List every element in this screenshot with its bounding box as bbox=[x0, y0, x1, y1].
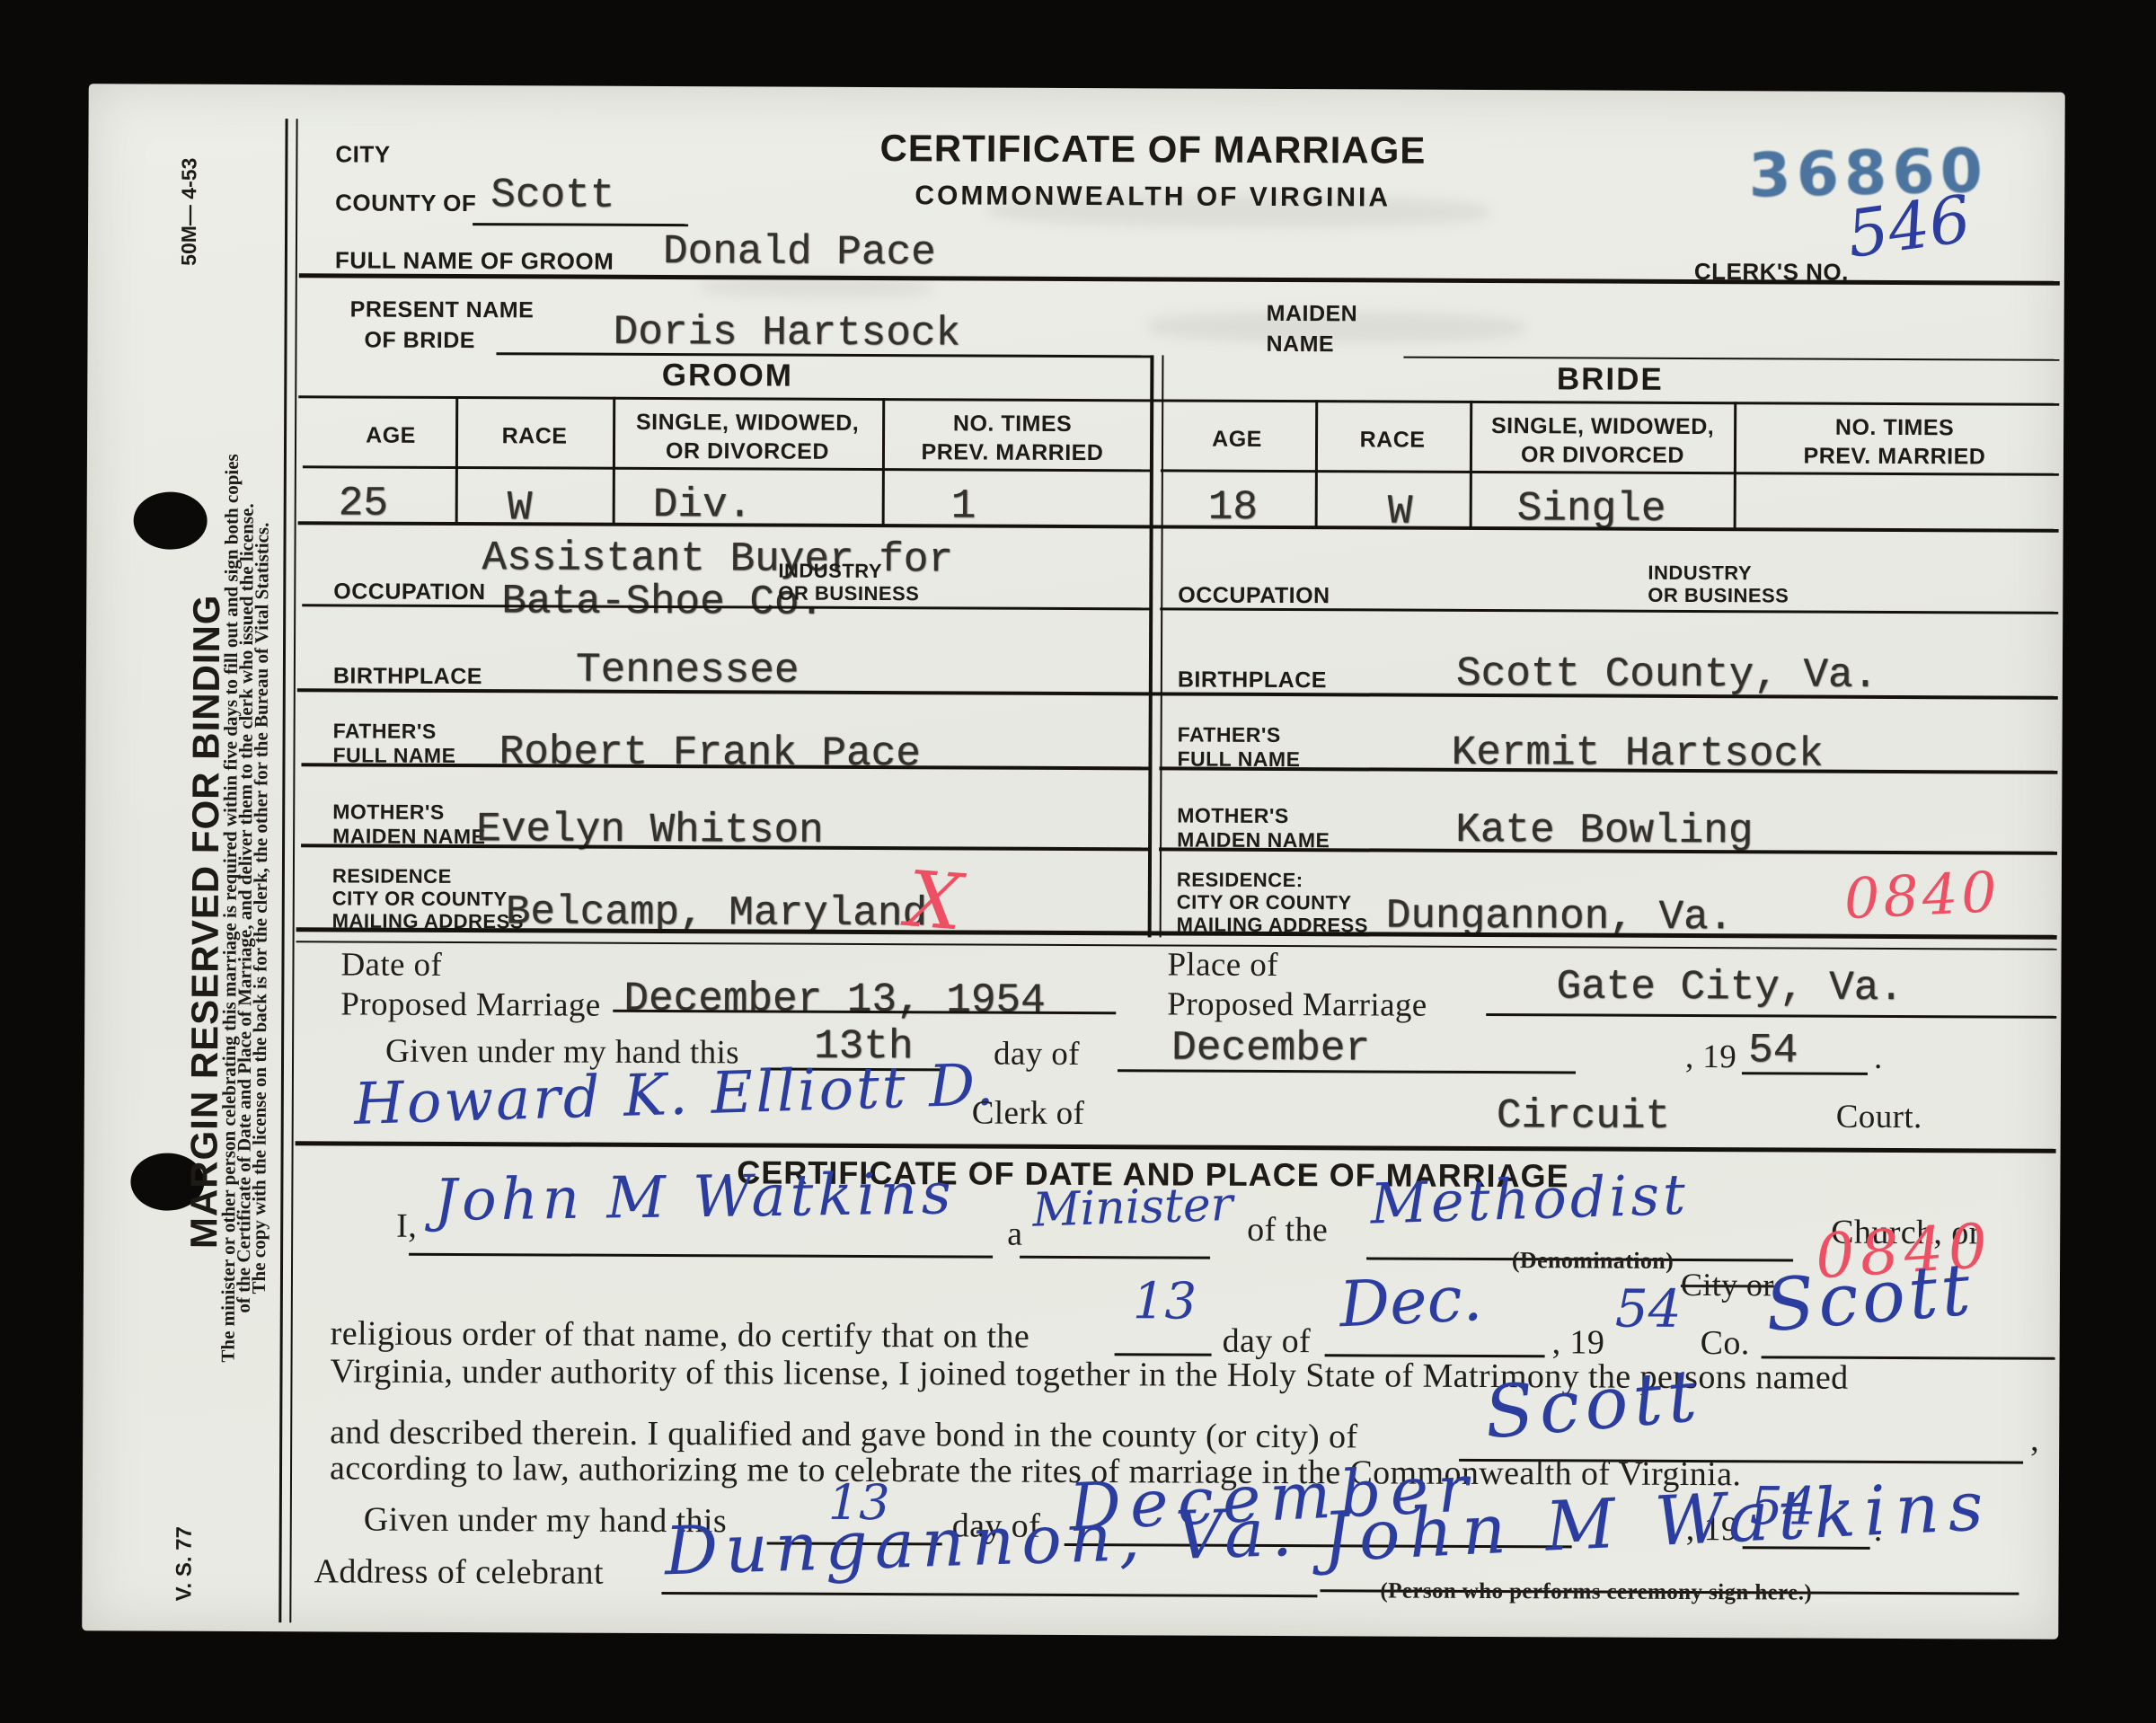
bride-industry-label-1: INDUSTRY bbox=[1648, 561, 1752, 586]
bride-age-value: 18 bbox=[1208, 484, 1258, 531]
county-value: Scott bbox=[490, 172, 614, 219]
cell-divider bbox=[882, 398, 886, 526]
groom-occupation-line1: Assistant Buyer for bbox=[482, 535, 953, 583]
groom-status-label-2: OR DIVORCED bbox=[613, 438, 882, 465]
proposed-place-value: Gate City, Va. bbox=[1556, 963, 1904, 1012]
groom-residence-label-1: RESIDENCE bbox=[332, 864, 452, 888]
cell-divider bbox=[613, 397, 616, 525]
rule-under-age-row bbox=[298, 521, 2059, 533]
place-label-1: Place of bbox=[1167, 945, 1278, 985]
vs-form-number: V. S. 77 bbox=[172, 1488, 196, 1640]
maiden-name-label-2: NAME bbox=[1266, 331, 1334, 358]
bride-occupation-label: OCCUPATION bbox=[1178, 583, 1330, 610]
groom-birthplace-value: Tennessee bbox=[576, 647, 800, 694]
groom-occupation-label: OCCUPATION bbox=[333, 579, 485, 605]
bride-residence-code: 0840 bbox=[1842, 859, 2001, 932]
bride-birthplace-value: Scott County, Va. bbox=[1456, 650, 1878, 699]
license-day-of-label: day of bbox=[994, 1035, 1080, 1074]
groom-father-value: Robert Frank Pace bbox=[499, 729, 921, 777]
license-year-underline bbox=[1742, 1072, 1868, 1075]
cert-line2-day: 13 bbox=[1133, 1272, 1197, 1330]
cell-divider bbox=[1734, 402, 1737, 529]
bride-mother-label-1: MOTHER'S bbox=[1177, 804, 1289, 829]
form-left-border bbox=[278, 119, 297, 1622]
present-name-label-2: OF BRIDE bbox=[364, 328, 475, 355]
proposed-date-value: December 13, 1954 bbox=[623, 976, 1046, 1024]
cell-divider bbox=[1470, 401, 1473, 528]
form-number: 50M— 4-53 bbox=[177, 131, 199, 293]
bride-race-label: RACE bbox=[1321, 427, 1464, 454]
groom-mother-label-1: MOTHER'S bbox=[332, 800, 445, 825]
celebrant-address-underline bbox=[661, 1592, 1317, 1597]
groom-industry-label-1: INDUSTRY bbox=[778, 560, 882, 584]
cert-city-or-label: City or bbox=[1681, 1266, 1774, 1303]
cert-line2-prefix: religious order of that name, do certify… bbox=[331, 1313, 1030, 1356]
groom-age-label: AGE bbox=[319, 422, 463, 449]
maiden-name-underline bbox=[1403, 357, 2059, 361]
groom-status-label-1: SINGLE, WIDOWED, bbox=[613, 410, 882, 437]
groom-name-value: Donald Pace bbox=[663, 228, 936, 276]
court-type-value: Circuit bbox=[1497, 1092, 1670, 1140]
bride-mother-value: Kate Bowling bbox=[1455, 807, 1753, 854]
bride-subheader-rule bbox=[1161, 469, 2059, 475]
cert-a-label: a bbox=[1007, 1215, 1022, 1254]
license-given-month: December bbox=[1171, 1024, 1370, 1072]
minister-title-underline bbox=[1020, 1256, 1210, 1259]
rule-above-certificate-section bbox=[296, 1141, 2056, 1153]
minister-name-underline bbox=[409, 1253, 993, 1259]
license-month-underline bbox=[1118, 1069, 1576, 1074]
proposed-place-underline bbox=[1486, 1013, 2056, 1019]
cert-line2-month: Dec. bbox=[1338, 1261, 1484, 1342]
present-name-label-1: PRESENT NAME bbox=[350, 296, 535, 323]
groom-times-label-2: PREV. MARRIED bbox=[878, 439, 1147, 466]
groom-name-label: FULL NAME OF GROOM bbox=[335, 246, 614, 275]
address-of-celebrant-label: Address of celebrant bbox=[314, 1551, 604, 1592]
bride-industry-label-2: OR BUSINESS bbox=[1648, 584, 1789, 608]
bride-occupation-underline bbox=[1160, 607, 2058, 614]
celebrant-address-value: Dungannon, Va. bbox=[664, 1494, 1301, 1591]
groom-birthplace-label: BIRTHPLACE bbox=[333, 663, 482, 690]
place-label-2: Proposed Marriage bbox=[1167, 985, 1427, 1024]
groom-occupation-line2: Bata-Shoe Co. bbox=[501, 578, 824, 626]
groom-industry-label-2: OR BUSINESS bbox=[778, 582, 919, 606]
groom-race-label: RACE bbox=[463, 423, 606, 450]
cert-line2-county: Scott bbox=[1762, 1247, 1976, 1347]
license-period: . bbox=[1874, 1038, 1883, 1077]
license-year-prefix: , 19 bbox=[1685, 1038, 1736, 1076]
bride-times-label-1: NO. TIMES bbox=[1760, 414, 2029, 441]
groom-times-label-1: NO. TIMES bbox=[878, 411, 1147, 437]
groom-father-label-1: FATHER'S bbox=[333, 719, 437, 744]
bride-times-label-2: PREV. MARRIED bbox=[1760, 443, 2029, 470]
clerks-no-value: 546 bbox=[1842, 181, 1975, 272]
bride-birthplace-label: BIRTHPLACE bbox=[1178, 667, 1327, 694]
bride-status-label-1: SINGLE, WIDOWED, bbox=[1468, 413, 1737, 440]
groom-age-value: 25 bbox=[339, 480, 388, 526]
bride-name-value: Doris Hartsock bbox=[613, 309, 960, 358]
date-label-2: Proposed Marriage bbox=[340, 985, 601, 1024]
groom-column-header: GROOM bbox=[303, 356, 1152, 395]
celebrant-sign-here-note: (Person who performs ceremony sign here.… bbox=[1380, 1578, 1812, 1605]
maiden-name-label-1: MAIDEN bbox=[1267, 301, 1358, 327]
bride-age-label: AGE bbox=[1165, 426, 1309, 453]
date-label-1: Date of bbox=[340, 945, 442, 984]
bride-column-header: BRIDE bbox=[1161, 359, 2059, 399]
cert-line4-county: Scott bbox=[1481, 1354, 1705, 1455]
bride-residence-label-1: RESIDENCE: bbox=[1177, 869, 1303, 893]
groom-residence-label-2: CITY OR COUNTY bbox=[332, 887, 508, 911]
groom-status-value: Div. bbox=[653, 482, 753, 528]
cell-divider bbox=[1315, 400, 1319, 527]
bride-status-label-2: OR DIVORCED bbox=[1468, 442, 1737, 469]
margin-note-line3: The copy with the license on the back is… bbox=[247, 279, 274, 1537]
minister-title-value: Minister bbox=[1031, 1178, 1233, 1238]
city-label: CITY bbox=[335, 140, 390, 168]
bride-status-value: Single bbox=[1517, 485, 1666, 533]
certificate-subtitle: COMMONWEALTH OF VIRGINIA bbox=[703, 180, 1602, 214]
certificate-paper: 50M— 4-53 MARGIN RESERVED FOR BINDING Th… bbox=[82, 84, 2064, 1639]
bride-father-label-1: FATHER'S bbox=[1178, 723, 1281, 748]
cert-i-label: I, bbox=[396, 1206, 417, 1246]
bride-residence-label-2: CITY OR COUNTY bbox=[1177, 891, 1352, 915]
clerk-of-label: Clerk of bbox=[972, 1094, 1085, 1134]
denomination-value: Methodist bbox=[1369, 1162, 1690, 1237]
license-given-year: 54 bbox=[1748, 1027, 1798, 1074]
court-label: Court. bbox=[1836, 1098, 1922, 1136]
cert-of-the-label: of the bbox=[1247, 1210, 1328, 1250]
certificate-title: CERTIFICATE OF MARRIAGE bbox=[703, 126, 1602, 172]
groom-times-value: 1 bbox=[951, 482, 976, 529]
county-underline bbox=[473, 223, 688, 226]
county-label: COUNTY OF bbox=[335, 189, 476, 217]
cert-line2-year: 54 bbox=[1615, 1278, 1682, 1339]
groom-subheader-rule bbox=[303, 465, 1152, 472]
scanned-document-scene: 50M— 4-53 MARGIN RESERVED FOR BINDING Th… bbox=[0, 0, 2156, 1723]
cert-line4-suffix: , bbox=[2030, 1420, 2039, 1460]
minister-name-signature: John M Watkins bbox=[434, 1161, 956, 1234]
cell-divider bbox=[455, 396, 459, 524]
